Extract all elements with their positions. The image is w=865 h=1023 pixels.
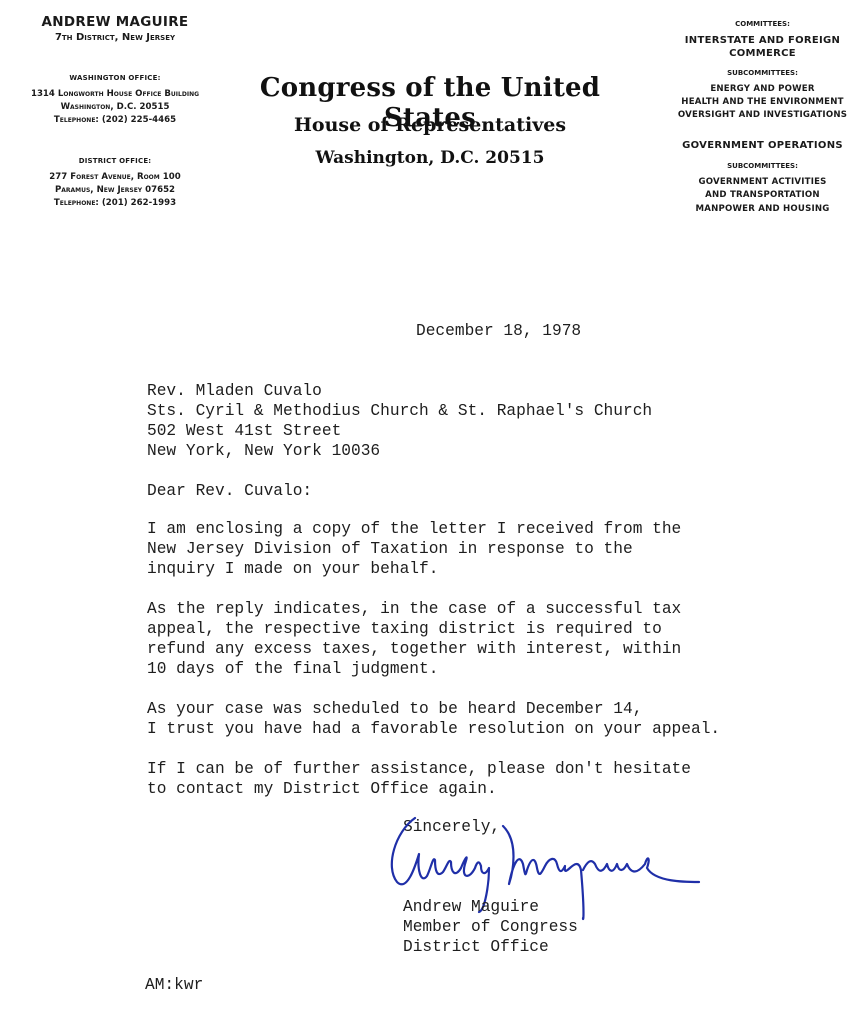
recipient-line: Sts. Cyril & Methodius Church & St. Raph…: [147, 401, 652, 421]
district-office-label: DISTRICT OFFICE:: [0, 156, 230, 166]
subcommittee-name: MANPOWER AND HOUSING: [660, 203, 865, 216]
body-paragraph: As the reply indicates, in the case of a…: [147, 599, 681, 679]
signer-office: District Office: [403, 937, 549, 957]
body-paragraph: I am enclosing a copy of the letter I re…: [147, 519, 681, 579]
recipient-line: 502 West 41st Street: [147, 421, 341, 441]
letter-date: December 18, 1978: [416, 321, 581, 341]
recipient-line: New York, New York 10036: [147, 441, 380, 461]
district-office-line: Paramus, New Jersey 07652: [0, 184, 230, 197]
signer-name: Andrew Maguire: [403, 897, 539, 917]
subcommittees-label: SUBCOMMITTEES:: [660, 68, 865, 78]
committee-name: COMMERCE: [660, 47, 865, 60]
salutation: Dear Rev. Cuvalo:: [147, 481, 312, 501]
committee-name: GOVERNMENT OPERATIONS: [660, 139, 865, 152]
reference-initials: AM:kwr: [145, 975, 203, 995]
subcommittees-label: SUBCOMMITTEES:: [660, 161, 865, 171]
letterhead-subtitle: House of Representatives: [230, 114, 630, 136]
subcommittee-name: AND TRANSPORTATION: [660, 189, 865, 202]
washington-office-line: Washington, D.C. 20515: [0, 101, 230, 114]
washington-office-phone: Telephone: (202) 225-4465: [0, 114, 230, 127]
district-office-line: 277 Forest Avenue, Room 100: [0, 171, 230, 184]
member-district: 7th District, New Jersey: [0, 31, 230, 44]
subcommittee-name: ENERGY AND POWER: [660, 83, 865, 96]
recipient-name: Rev. Mladen Cuvalo: [147, 381, 322, 401]
body-paragraph: As your case was scheduled to be heard D…: [147, 699, 720, 739]
subcommittee-name: HEALTH AND THE ENVIRONMENT: [660, 96, 865, 109]
signer-title: Member of Congress: [403, 917, 578, 937]
washington-office-line: 1314 Longworth House Office Building: [0, 88, 230, 101]
letterhead-city: Washington, D.C. 20515: [230, 148, 630, 168]
subcommittee-name: GOVERNMENT ACTIVITIES: [660, 176, 865, 189]
committees-label: COMMITTEES:: [660, 19, 865, 29]
subcommittee-name: OVERSIGHT AND INVESTIGATIONS: [660, 109, 865, 122]
washington-office-label: WASHINGTON OFFICE:: [0, 73, 230, 83]
district-office-phone: Telephone: (201) 262-1993: [0, 197, 230, 210]
body-paragraph: If I can be of further assistance, pleas…: [147, 759, 691, 799]
member-name: ANDREW MAGUIRE: [0, 14, 230, 30]
committee-name: INTERSTATE AND FOREIGN: [660, 34, 865, 47]
